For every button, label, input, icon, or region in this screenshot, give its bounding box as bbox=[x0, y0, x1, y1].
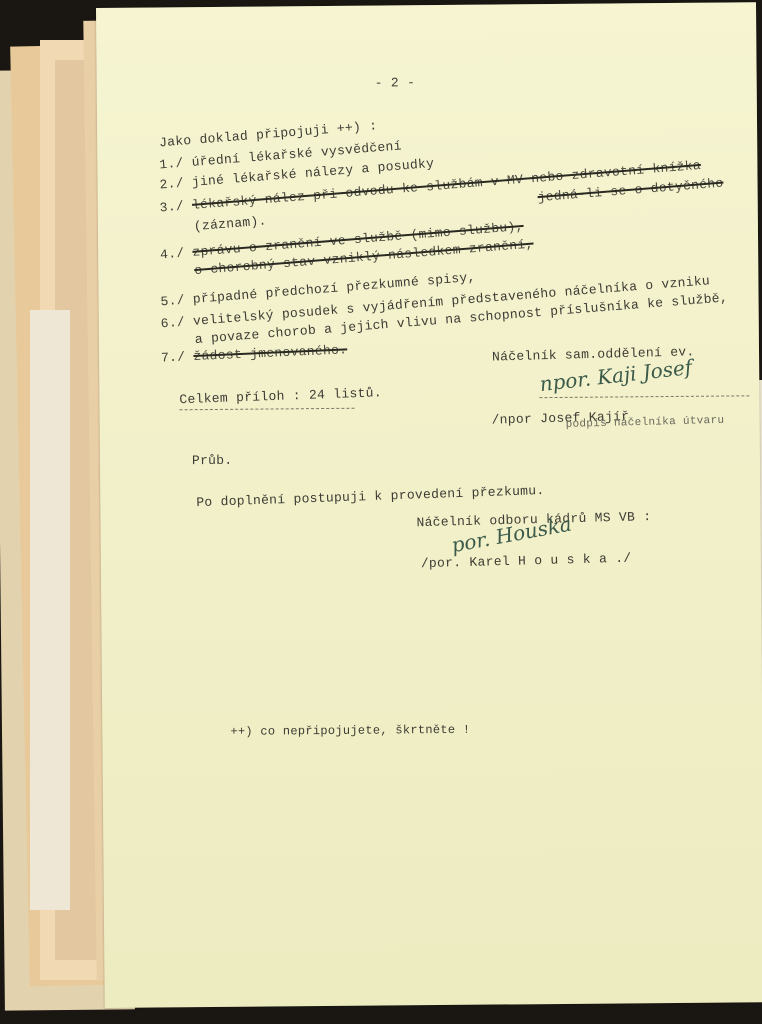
footnote: ++) co nepřipojujete, škrtněte ! bbox=[230, 723, 470, 739]
document-page: - 2 - Jako doklad připojuji ++) : 1./ úř… bbox=[96, 2, 762, 1008]
list-item-3-cont: (záznam). bbox=[193, 213, 267, 234]
attachments-total: Celkem příloh : 24 listů. bbox=[179, 385, 382, 407]
underline bbox=[180, 408, 355, 411]
signature-line bbox=[539, 395, 749, 398]
paper-stack-sheet bbox=[30, 310, 70, 910]
prub-label: Průb. bbox=[192, 453, 233, 468]
forwarding-note: Po doplnění postupuji k provedení přezku… bbox=[196, 483, 545, 510]
page-number: - 2 - bbox=[375, 75, 416, 90]
list-item-7: 7./ žádost jmenovaného. bbox=[161, 342, 348, 365]
